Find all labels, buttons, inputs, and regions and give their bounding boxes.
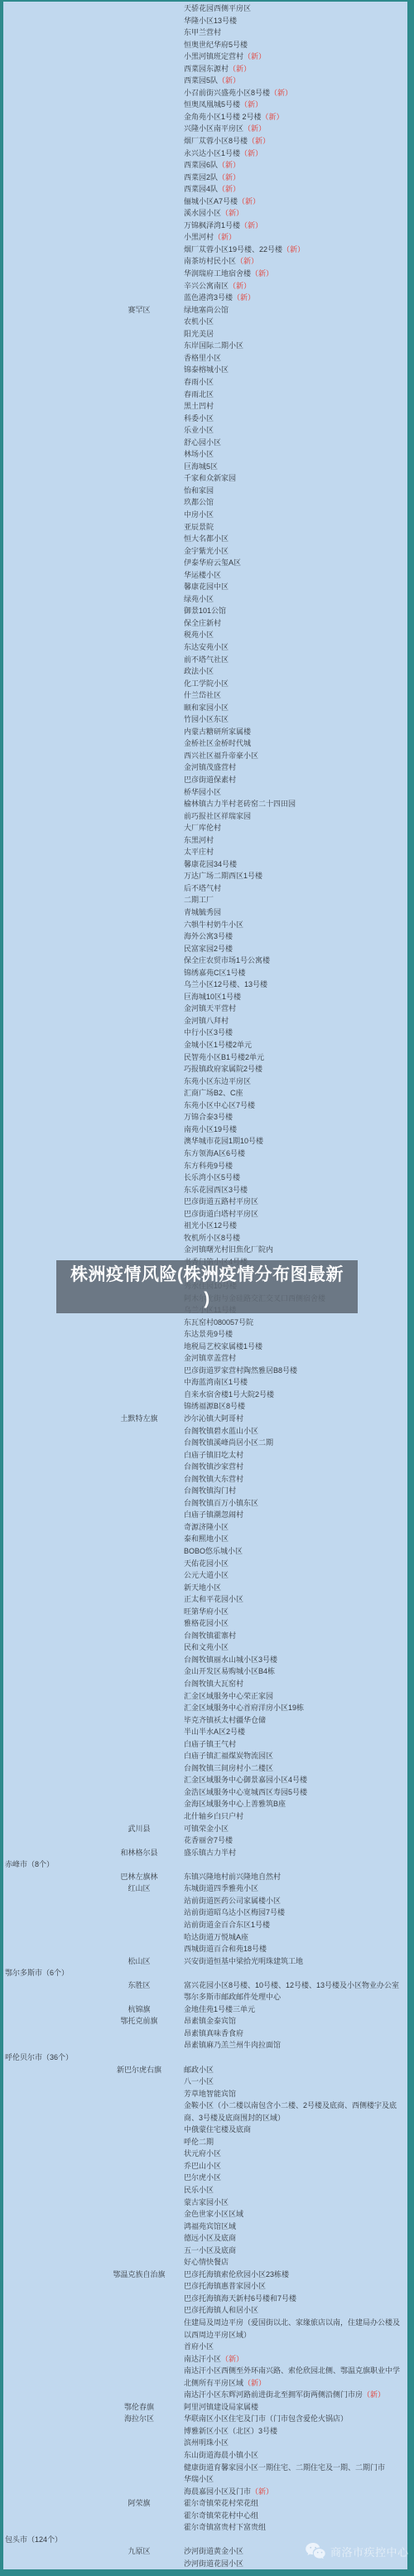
table-row: 春雨小区 xyxy=(3,376,407,389)
community-cell: 鄂尔多斯市邮政邮件处理中心 xyxy=(184,1991,407,2003)
community-name: 金山开发区易购城小区B4栋 xyxy=(184,1667,275,1675)
community-name: 蓝色港湾3号楼 xyxy=(184,293,233,302)
table-row: 香格里小区 xyxy=(3,352,407,365)
table-row: 金浩区域服务中心宽城西区寿园5号楼 xyxy=(3,1786,407,1799)
new-badge: （新） xyxy=(251,2487,273,2496)
community-cell: 中海蓝湾南区1号楼 xyxy=(184,1376,407,1389)
community-name: 东方领海A区6号楼 xyxy=(184,1149,245,1158)
community-cell: 华运楼小区 xyxy=(184,569,407,582)
community-cell: 巴彦街道保素村 xyxy=(184,774,407,786)
community-name: 昂素镇金泰宾馆 xyxy=(184,2017,236,2025)
table-row: 台阁牧镇百万小镇东区 xyxy=(3,1497,407,1510)
community-name: 雅格花园小区 xyxy=(184,1619,229,1627)
community-cell: 泰和熙地小区 xyxy=(184,1533,407,1545)
community-cell: 金河镇八拜村 xyxy=(184,1015,407,1027)
community-cell: 永兴达小区1号楼（新） xyxy=(184,147,407,160)
community-cell: 盛乐镇古力半村 xyxy=(184,1847,407,1859)
table-row: 东苑小区东边平房区 xyxy=(3,1075,407,1088)
table-row: 台阁牧镇丽水山城小区3号楼 xyxy=(3,1654,407,1666)
community-cell: 烟厂苁蓉小区19号楼、22号楼（新） xyxy=(184,244,407,256)
community-cell: 沙尔沁镇大阿哥村 xyxy=(184,1413,407,1425)
table-row: 半山半水A区2号楼 xyxy=(3,1726,407,1738)
community-name: 地税局艺校家属楼1号楼 xyxy=(184,1342,262,1351)
community-cell: 巴彦托海镇索伦欣园小区23栋楼 xyxy=(184,2269,407,2281)
table-row: 民富家园2号楼 xyxy=(3,943,407,955)
table-row: 巴彦托海镇惠普家园小区 xyxy=(3,2280,407,2293)
community-cell: 首府小区 xyxy=(184,2341,407,2353)
table-row: 民乐小区 xyxy=(3,2184,407,2197)
community-cell: 乐业小区 xyxy=(184,424,407,437)
community-name: 巨海城10区1号楼 xyxy=(184,993,241,1001)
community-name: 二期工厂 xyxy=(184,896,214,904)
community-cell: 金海区域服务中心上善雅筑B座 xyxy=(184,1798,407,1810)
new-badge: （新） xyxy=(218,185,240,193)
table-row: 东达景苑9号楼 xyxy=(3,1328,407,1341)
community-name: 绿地塞尚公馆 xyxy=(184,306,229,314)
community-name: 怡和家园 xyxy=(184,486,214,495)
community-cell: 台阁牧镇沟门村 xyxy=(184,1485,407,1497)
community-name: 蒙古家园小区 xyxy=(184,2198,229,2206)
community-cell: 东城街道四季雅苑小区 xyxy=(184,1882,407,1895)
table-row: 南达汗小区东辉河路前进街北至拥军街两侧沿侧门市房（新） xyxy=(3,2389,407,2401)
table-row: 乐业小区 xyxy=(3,424,407,437)
table-row: 二期工厂 xyxy=(3,894,407,906)
table-row: 霍尔奇镇荣花村中心组 xyxy=(3,2510,407,2522)
community-cell: 东黑河村 xyxy=(184,834,407,847)
table-row: 中房小区 xyxy=(3,509,407,521)
table-row: 金河镇茂盛营村 xyxy=(3,761,407,774)
table-row: 金角苑小区1号楼 2号楼（新） xyxy=(3,111,407,123)
page-title: 株洲疫情风险(株洲疫情分布图最新 xyxy=(70,1263,344,1287)
community-cell: 华瑞小区 xyxy=(184,2473,407,2486)
community-cell: 太平庄村 xyxy=(184,846,407,858)
community-cell: 德远小区及底商 xyxy=(184,2232,407,2245)
community-name: 站前街道昭乌达小区梅园7号楼 xyxy=(184,1908,285,1916)
new-badge: （新） xyxy=(243,124,266,133)
community-name: 东山街道海晨小镇小区 xyxy=(184,2451,258,2459)
community-name: 香格里小区 xyxy=(184,354,221,362)
community-name: 中行小区3号楼 xyxy=(184,1028,233,1037)
community-cell: 霍尔奇镇富贵村下富贵组 xyxy=(184,2521,407,2534)
community-cell: 西兴社区福升帝豪小区 xyxy=(184,750,407,762)
community-cell: 金河镇茂盛营村 xyxy=(184,761,407,774)
community-name: 民富家园2号楼 xyxy=(184,945,233,953)
table-row: 民智苑小区B1号楼2单元 xyxy=(3,1051,407,1064)
community-cell: 台阁牧镇溪峰尚居小区二期 xyxy=(184,1437,407,1449)
community-name: 牧机所小区8号楼 xyxy=(184,1234,240,1242)
community-name: 保全庄农贸市场1号公寓楼 xyxy=(184,956,270,964)
table-row: 舒心园小区 xyxy=(3,437,407,449)
community-name: 东苑小区东边平房区 xyxy=(184,1077,251,1085)
community-cell: 蒙古家园小区 xyxy=(184,2197,407,2209)
community-cell: 好心情快餐店 xyxy=(184,2256,407,2269)
community-cell: 玖都公馆 xyxy=(184,496,407,509)
community-cell: 六犋牛村奶牛小区 xyxy=(184,919,407,931)
community-name: 锦绣嘉苑C区1号楼 xyxy=(184,969,246,977)
community-name: 台阁牧镇霍寨村 xyxy=(184,1631,236,1640)
community-name: 恒奥凤凰城5号楼 xyxy=(184,100,240,109)
district-cell: 杭锦旗 xyxy=(108,2003,171,2016)
community-name: 鄂尔多斯市邮政邮件处理中心 xyxy=(184,1993,281,2001)
district-cell: 土默特左旗 xyxy=(108,1413,171,1425)
table-row: 汇金区域服务中心御景嘉园小区4号楼 xyxy=(3,1774,407,1786)
community-name: 台阁牧镇百万小镇东区 xyxy=(184,1499,258,1507)
community-name: 汇金区域服务中心荣正家园 xyxy=(184,1692,273,1700)
community-cell: 内蒙古糖研所家属楼 xyxy=(184,726,407,738)
community-name: 玖都公馆 xyxy=(184,498,214,506)
community-cell: 保全庄农贸市场1号公寓楼 xyxy=(184,955,407,967)
table-row: 红山区东城街道四季雅苑小区 xyxy=(3,1882,407,1895)
table-row: 松山区兴安街道恒基中梁拾光明珠建筑工地 xyxy=(3,1955,407,1968)
table-row: 台阁牧镇三间房村小二楼区 xyxy=(3,1762,407,1775)
community-name: 金河镇天平营村 xyxy=(184,1004,236,1013)
community-name: 什兰岱社区 xyxy=(184,691,221,699)
community-name: 滨州明珠小区 xyxy=(184,2438,229,2447)
community-cell: 御景101公馆 xyxy=(184,605,407,617)
table-row: 台阁牧镇大东营村 xyxy=(3,1473,407,1486)
table-row: 牧机所小区8号楼 xyxy=(3,1232,407,1245)
table-row: 前巧报社区祥瑞家园 xyxy=(3,810,407,823)
new-badge: （新） xyxy=(233,293,255,302)
community-name: 辛兴公寓南区 xyxy=(184,282,229,290)
community-name: 西菜园6队 xyxy=(184,161,218,169)
community-cell: 台阁牧镇大东营村 xyxy=(184,1473,407,1486)
community-name: 新天地小区 xyxy=(184,1583,221,1592)
community-cell: 前巧报社区祥瑞家园 xyxy=(184,810,407,823)
community-cell: 滨州明珠小区 xyxy=(184,2437,407,2449)
community-cell: 台阁牧镇丽水山城小区3号楼 xyxy=(184,1654,407,1666)
community-cell: 榆林镇古力半村老砖窑二十四田园 xyxy=(184,798,407,810)
table-row: 汇金区域服务中心首府洋房小区19栋 xyxy=(3,1702,407,1714)
table-row: 台阁牧镇沟门村 xyxy=(3,1485,407,1497)
community-cell: 西菜园5队（新） xyxy=(184,75,407,87)
table-row: 怡和家园 xyxy=(3,485,407,497)
community-cell: 哈达街道万悦城A座 xyxy=(184,1931,407,1944)
community-cell: 前不塔气社区 xyxy=(184,654,407,666)
community-cell: 金城小区1号楼2单元 xyxy=(184,1039,407,1051)
district-cell: 红山区 xyxy=(108,1882,171,1895)
table-row: 自来水宿舍楼1号大院2号楼 xyxy=(3,1389,407,1401)
table-row: 俪城小区A7号楼（新） xyxy=(3,196,407,208)
community-cell: 阿里河镇建设局家属楼 xyxy=(184,2401,407,2414)
community-cell: 巧报镇政府家属院2号楼 xyxy=(184,1063,407,1075)
table-row: 哈达街道万悦城A座 xyxy=(3,1931,407,1944)
community-cell: 华润瑞府工地宿舍楼（新） xyxy=(184,268,407,280)
table-row: 八一小区 xyxy=(3,2076,407,2088)
community-name: 中俄蒙住宅楼及底商 xyxy=(184,2125,251,2134)
community-name: 霍尔奇镇荣花村中心组 xyxy=(184,2511,258,2520)
table-row: 德远小区及底商 xyxy=(3,2232,407,2245)
risk-area-list-page: 天骄花园西侧平房区华隆小区13号楼东甲兰营村恒奥世纪华府5号楼小黑河镇班定营村（… xyxy=(0,0,414,2576)
table-row: 颐和家园小区 xyxy=(3,702,407,714)
community-cell: 锦绣福源B区8号楼 xyxy=(184,1400,407,1413)
community-name: 黑土凹村 xyxy=(184,402,214,410)
community-cell: 自来水宿舍楼1号大院2号楼 xyxy=(184,1389,407,1401)
table-row: 中行小区3号楼 xyxy=(3,1027,407,1039)
community-name: 巧报镇政府家属院2号楼 xyxy=(184,1065,262,1073)
community-cell: 长乐湾小区5号楼 xyxy=(184,1172,407,1184)
community-cell: 中房小区 xyxy=(184,509,407,521)
community-cell: BOBO悠乐城小区 xyxy=(184,1545,407,1558)
community-cell: 住建局及周边平房（爱国街以北、家缘旅店以南，住建局办公楼及以西周边平房区域） xyxy=(184,2317,407,2341)
table-row: 金河镇曙光村旧焦化厂院内 xyxy=(3,1244,407,1256)
community-cell: 金河镇章盖营村 xyxy=(184,1352,407,1365)
community-cell: 锦泰榕城小区 xyxy=(184,364,407,376)
community-cell: 芳草地智能宾馆 xyxy=(184,2088,407,2100)
table-row: 站前街道金百合东区1号楼 xyxy=(3,1919,407,1931)
community-cell: 东达安苑小区 xyxy=(184,641,407,654)
community-cell: 东岸国际二期小区 xyxy=(184,340,407,352)
community-cell: 博雅新区小区（北区）3号楼 xyxy=(184,2425,407,2438)
table-row: 东胜区富兴花园小区8号楼、10号楼、12号楼、13号楼及小区物业办公室 xyxy=(3,1979,407,1992)
community-name: 霍尔奇镇富贵村下富贵组 xyxy=(184,2523,266,2531)
community-name: 民乐小区 xyxy=(184,2186,214,2194)
community-name: 金地佳苑1号楼三单元 xyxy=(184,2005,255,2013)
community-name: 东方科苑9号楼 xyxy=(184,1162,233,1170)
community-cell: 站前街道昭乌达小区梅园7号楼 xyxy=(184,1907,407,1919)
new-badge: （新） xyxy=(218,76,240,85)
new-badge: （新） xyxy=(240,100,262,109)
table-row: 和林格尔县盛乐镇古力半村 xyxy=(3,1847,407,1859)
table-row: 公元大道小区 xyxy=(3,1569,407,1582)
community-name: 长乐湾小区5号楼 xyxy=(184,1173,240,1182)
new-badge: （新） xyxy=(363,2390,385,2399)
community-name: 金河镇曙光村旧焦化厂院内 xyxy=(184,1245,273,1254)
community-cell: 小黑河镇班定营村（新） xyxy=(184,51,407,63)
community-name: 西城街道百合和苑18号楼 xyxy=(184,1945,267,1953)
table-row: 海拉尔区华联南区小区住宅及门市（门市包含爱伦火锅店） xyxy=(3,2413,407,2425)
table-row: 后不塔气村 xyxy=(3,882,407,895)
table-row: 保全庄新村 xyxy=(3,617,407,630)
table-row: 赛罕区绿地塞尚公馆 xyxy=(3,304,407,317)
table-row: 新天地小区 xyxy=(3,1582,407,1594)
community-name: 毕克齐镇袄太村疆华仓储 xyxy=(184,1716,266,1724)
community-name: 巴彦托海镇海天新村6号楼和7号楼 xyxy=(184,2294,296,2303)
new-badge: （新） xyxy=(262,113,284,121)
community-name: 阳光美居 xyxy=(184,330,214,338)
table-row: 金河镇章盖营村 xyxy=(3,1352,407,1365)
table-row: 阿荣旗霍尔奇镇荣花村荣花组 xyxy=(3,2497,407,2510)
community-name: 台阁牧镇丽水山城小区3号楼 xyxy=(184,1655,277,1664)
district-cell: 和林格尔县 xyxy=(108,1847,171,1859)
community-cell: 后不塔气村 xyxy=(184,882,407,895)
community-name: 状元府小区 xyxy=(184,2149,221,2158)
community-cell: 祖光小区12号楼 xyxy=(184,1220,407,1232)
community-name: 海晨嘉园小区及门市 xyxy=(184,2487,251,2496)
community-cell: 昂素镇真味香食府 xyxy=(184,2027,407,2040)
community-name: 税苑小区 xyxy=(184,631,214,639)
table-row: 民和文苑小区 xyxy=(3,1641,407,1654)
community-name: 台阁牧镇沟门村 xyxy=(184,1486,236,1495)
table-row: 千家和众新家园 xyxy=(3,472,407,485)
community-name: 小黑河镇班定营村 xyxy=(184,52,243,60)
community-name: 金河镇茂盛营村 xyxy=(184,763,236,771)
table-row: 西菜园东源村（新） xyxy=(3,63,407,75)
community-name: 锦泰榕城小区 xyxy=(184,365,229,374)
community-cell: 海外公寓3号楼 xyxy=(184,930,407,943)
community-name: 阿里河镇建设局家属楼 xyxy=(184,2403,258,2411)
community-name: 金鞍小区（小二楼以南包含小二楼、2号楼及底商、西侧楼宇及底商、3号楼及底商围封的… xyxy=(184,2101,397,2122)
community-name: 泰和熙地小区 xyxy=(184,1534,229,1543)
community-cell: 东苑小区东边平房区 xyxy=(184,1075,407,1088)
community-cell: 华隆小区13号楼 xyxy=(184,15,407,27)
community-cell: 恒奥世纪华府5号楼 xyxy=(184,39,407,51)
table-row: 赤峰市（8个） xyxy=(3,1858,407,1871)
community-cell: 白庙子镇王气村 xyxy=(184,1738,407,1751)
table-row: 巨海城10区1号楼 xyxy=(3,991,407,1003)
community-name: 乌兰小区12号楼、13号楼 xyxy=(184,980,267,988)
table-row: 什兰岱社区 xyxy=(3,689,407,702)
table-row: 御景101公馆 xyxy=(3,605,407,617)
community-cell: 黑土凹村 xyxy=(184,400,407,413)
community-cell: 西菜园6队（新） xyxy=(184,159,407,172)
community-name: 博雅新区小区（北区）3号楼 xyxy=(184,2427,277,2435)
new-badge: （新） xyxy=(214,233,236,241)
table-row: 华瑞小区 xyxy=(3,2473,407,2486)
community-cell: 正太和平花园小区 xyxy=(184,1593,407,1606)
community-cell: 恒奥凤凰城5号楼（新） xyxy=(184,99,407,111)
community-name: 东黑河村 xyxy=(184,836,214,844)
table-row: 巧报镇政府家属院2号楼 xyxy=(3,1063,407,1075)
table-row: 金城小区1号楼2单元 xyxy=(3,1039,407,1051)
table-row: 恒奥世纪华府5号楼 xyxy=(3,39,407,51)
table-row: 天佑花园小区 xyxy=(3,1558,407,1570)
city-cell: 鄂尔多斯市（6个） xyxy=(3,1967,108,1979)
table-row: 蒙古家园小区 xyxy=(3,2197,407,2209)
table-row: 西菜园2队（新） xyxy=(3,172,407,184)
community-cell: 金浩区域服务中心宽城西区寿园5号楼 xyxy=(184,1786,407,1799)
community-name: 巴彦街道罗家营村陶然雅居B8号楼 xyxy=(184,1366,297,1375)
table-row: 锦绣嘉苑C区1号楼 xyxy=(3,967,407,979)
table-row: 化工学院小区 xyxy=(3,678,407,690)
community-name: 公元大道小区 xyxy=(184,1571,229,1579)
table-row: 北什轴乡白只户村 xyxy=(3,1810,407,1823)
table-row: 站前街道昭乌达小区梅园7号楼 xyxy=(3,1907,407,1919)
community-name: 馨康花园34号楼 xyxy=(184,860,237,868)
community-cell: 西菜园4队（新） xyxy=(184,183,407,196)
community-cell: 五一小区及底商 xyxy=(184,2245,407,2257)
community-cell: 兴安街道恒基中梁拾光明珠建筑工地 xyxy=(184,1955,407,1968)
district-cell: 九原区 xyxy=(108,2545,171,2558)
table-row: 海晨嘉园小区及门市（新） xyxy=(3,2486,407,2498)
table-row: 东乐花园西区3号楼 xyxy=(3,1184,407,1196)
community-cell: 巨海城5区 xyxy=(184,461,407,473)
city-cell: 赤峰市（8个） xyxy=(3,1858,108,1871)
community-cell: 科委小区 xyxy=(184,413,407,425)
community-cell: 馨康花园34号楼 xyxy=(184,858,407,871)
community-name: 竹园小区东区 xyxy=(184,715,229,723)
community-name: 澳华城市花园1期10号楼 xyxy=(184,1137,263,1145)
community-cell: 花香丽舍7号楼 xyxy=(184,1834,407,1847)
community-name: 馨康花园中区 xyxy=(184,582,229,591)
community-cell: 政法小区 xyxy=(184,665,407,678)
community-cell: 辛兴公寓南区（新） xyxy=(184,280,407,292)
district-cell: 阿荣旗 xyxy=(108,2497,171,2510)
table-row: 汇金区域服务中心荣正家园 xyxy=(3,1690,407,1703)
table-row: 首府小区 xyxy=(3,2341,407,2353)
table-row: 鄂伦春旗阿里河镇建设局家属楼 xyxy=(3,2401,407,2414)
community-cell: 绿地塞尚公馆 xyxy=(184,304,407,317)
community-name: 华联南区小区住宅及门市（门市包含爱伦火锅店） xyxy=(184,2414,348,2423)
community-cell: 保全庄新村 xyxy=(184,617,407,630)
wechat-icon xyxy=(305,2542,326,2560)
community-name: 金河镇章盖营村 xyxy=(184,1354,236,1362)
table-row: 金鞍小区（小二楼以南包含小二楼、2号楼及底商、西侧楼宇及底商、3号楼及底商围封的… xyxy=(3,2100,407,2124)
community-name: 德远小区及底商 xyxy=(184,2234,236,2242)
community-name: 南达汗小区东辉河路前进街北至拥军街两侧沿侧门市房 xyxy=(184,2390,363,2399)
community-cell: 金桥社区金桥时代城 xyxy=(184,737,407,750)
community-cell: 昂素镇麻乃羔兰州牛肉拉面馆 xyxy=(184,2039,407,2052)
table-row: 巴彦托海镇海天新村6号楼和7号楼 xyxy=(3,2293,407,2305)
new-badge: （新） xyxy=(236,257,258,265)
community-name: 东达安苑小区 xyxy=(184,643,229,651)
table-row: 呼伦贝尔市（36个） xyxy=(3,2052,407,2064)
community-name: 太平庄村 xyxy=(184,848,214,856)
community-name: 西兴社区福升帝豪小区 xyxy=(184,752,258,760)
table-row: 榆林镇古力半村老砖窑二十四田园 xyxy=(3,798,407,810)
community-name: 站前街道医药公司家属楼小区 xyxy=(184,1897,281,1905)
table-row: 天骄花园西侧平房区 xyxy=(3,2,407,15)
community-name: 兴隆小区南平房区 xyxy=(184,124,243,133)
community-cell: 锦绣嘉苑C区1号楼 xyxy=(184,967,407,979)
community-name: 天佑花园小区 xyxy=(184,1559,229,1568)
community-cell: 霍尔奇镇荣花村中心组 xyxy=(184,2510,407,2522)
community-name: 东瓦窑村080057号院 xyxy=(184,1318,253,1327)
table-row: 巴彦托海镇人和居小区 xyxy=(3,2304,407,2317)
table-row: 锦绣福源B区8号楼 xyxy=(3,1400,407,1413)
community-name: 西菜园2队 xyxy=(184,173,218,181)
community-cell: 澳华城市花园1期10号楼 xyxy=(184,1135,407,1148)
community-cell: 雅格花园小区 xyxy=(184,1617,407,1630)
community-name: 六犋牛村奶牛小区 xyxy=(184,921,243,929)
table-row: 金色世家小区区域 xyxy=(3,2208,407,2221)
table-row: 台阁牧镇碧水蓝山小区 xyxy=(3,1425,407,1438)
community-cell: 金角苑小区1号楼 2号楼（新） xyxy=(184,111,407,123)
community-cell: 中俄蒙住宅楼及底商 xyxy=(184,2124,407,2136)
community-name: 正太和平花园小区 xyxy=(184,1595,243,1603)
table-row: 青城毓秀园 xyxy=(3,906,407,919)
community-cell: 站前街道医药公司家属楼小区 xyxy=(184,1895,407,1907)
community-name: 政法小区 xyxy=(184,667,214,675)
table-row: 健康街道育馨家园小区一期住宅、二期住宅及一期、二期门市 xyxy=(3,2462,407,2474)
table-row: 政法小区 xyxy=(3,665,407,678)
district-cell: 武川县 xyxy=(108,1823,171,1835)
community-cell: 旺第华府小区 xyxy=(184,1606,407,1618)
community-name: 巴彦托海镇人和居小区 xyxy=(184,2306,258,2314)
community-name: 八一小区 xyxy=(184,2077,214,2085)
table-row: 博雅新区小区（北区）3号楼 xyxy=(3,2425,407,2438)
community-name: 西菜园东源村 xyxy=(184,65,229,73)
community-name: 巴彦街道五路村平房区 xyxy=(184,1197,258,1206)
community-name: 颐和家园小区 xyxy=(184,703,229,712)
community-cell: 站前街道金百合东区1号楼 xyxy=(184,1919,407,1931)
table-row: 锦泰榕城小区 xyxy=(3,364,407,376)
community-cell: 海晨嘉园小区及门市（新） xyxy=(184,2486,407,2498)
table-row: 辛兴公寓南区（新） xyxy=(3,280,407,292)
table-row: 海外公寓3号楼 xyxy=(3,930,407,943)
community-cell: 东甲兰营村 xyxy=(184,27,407,39)
community-name: 昂素镇真味香食府 xyxy=(184,2029,243,2037)
community-cell: 小召前街兴盛苑小区8号楼（新） xyxy=(184,87,407,99)
community-name: 首府小区 xyxy=(184,2342,214,2351)
district-cell: 赛罕区 xyxy=(108,304,171,317)
new-badge: （新） xyxy=(248,137,270,145)
community-name: 南茶坊村民小区 xyxy=(184,257,236,265)
table-row: 巴彦街道保素村 xyxy=(3,774,407,786)
new-badge: （新） xyxy=(282,245,305,254)
community-name: 天骄花园西侧平房区 xyxy=(184,4,251,12)
community-name: 南达汗小区西侧至外环南兴路、索伦欣园北侧、鄂温克旗职业中学北侧所有平房区域 xyxy=(184,2366,400,2387)
